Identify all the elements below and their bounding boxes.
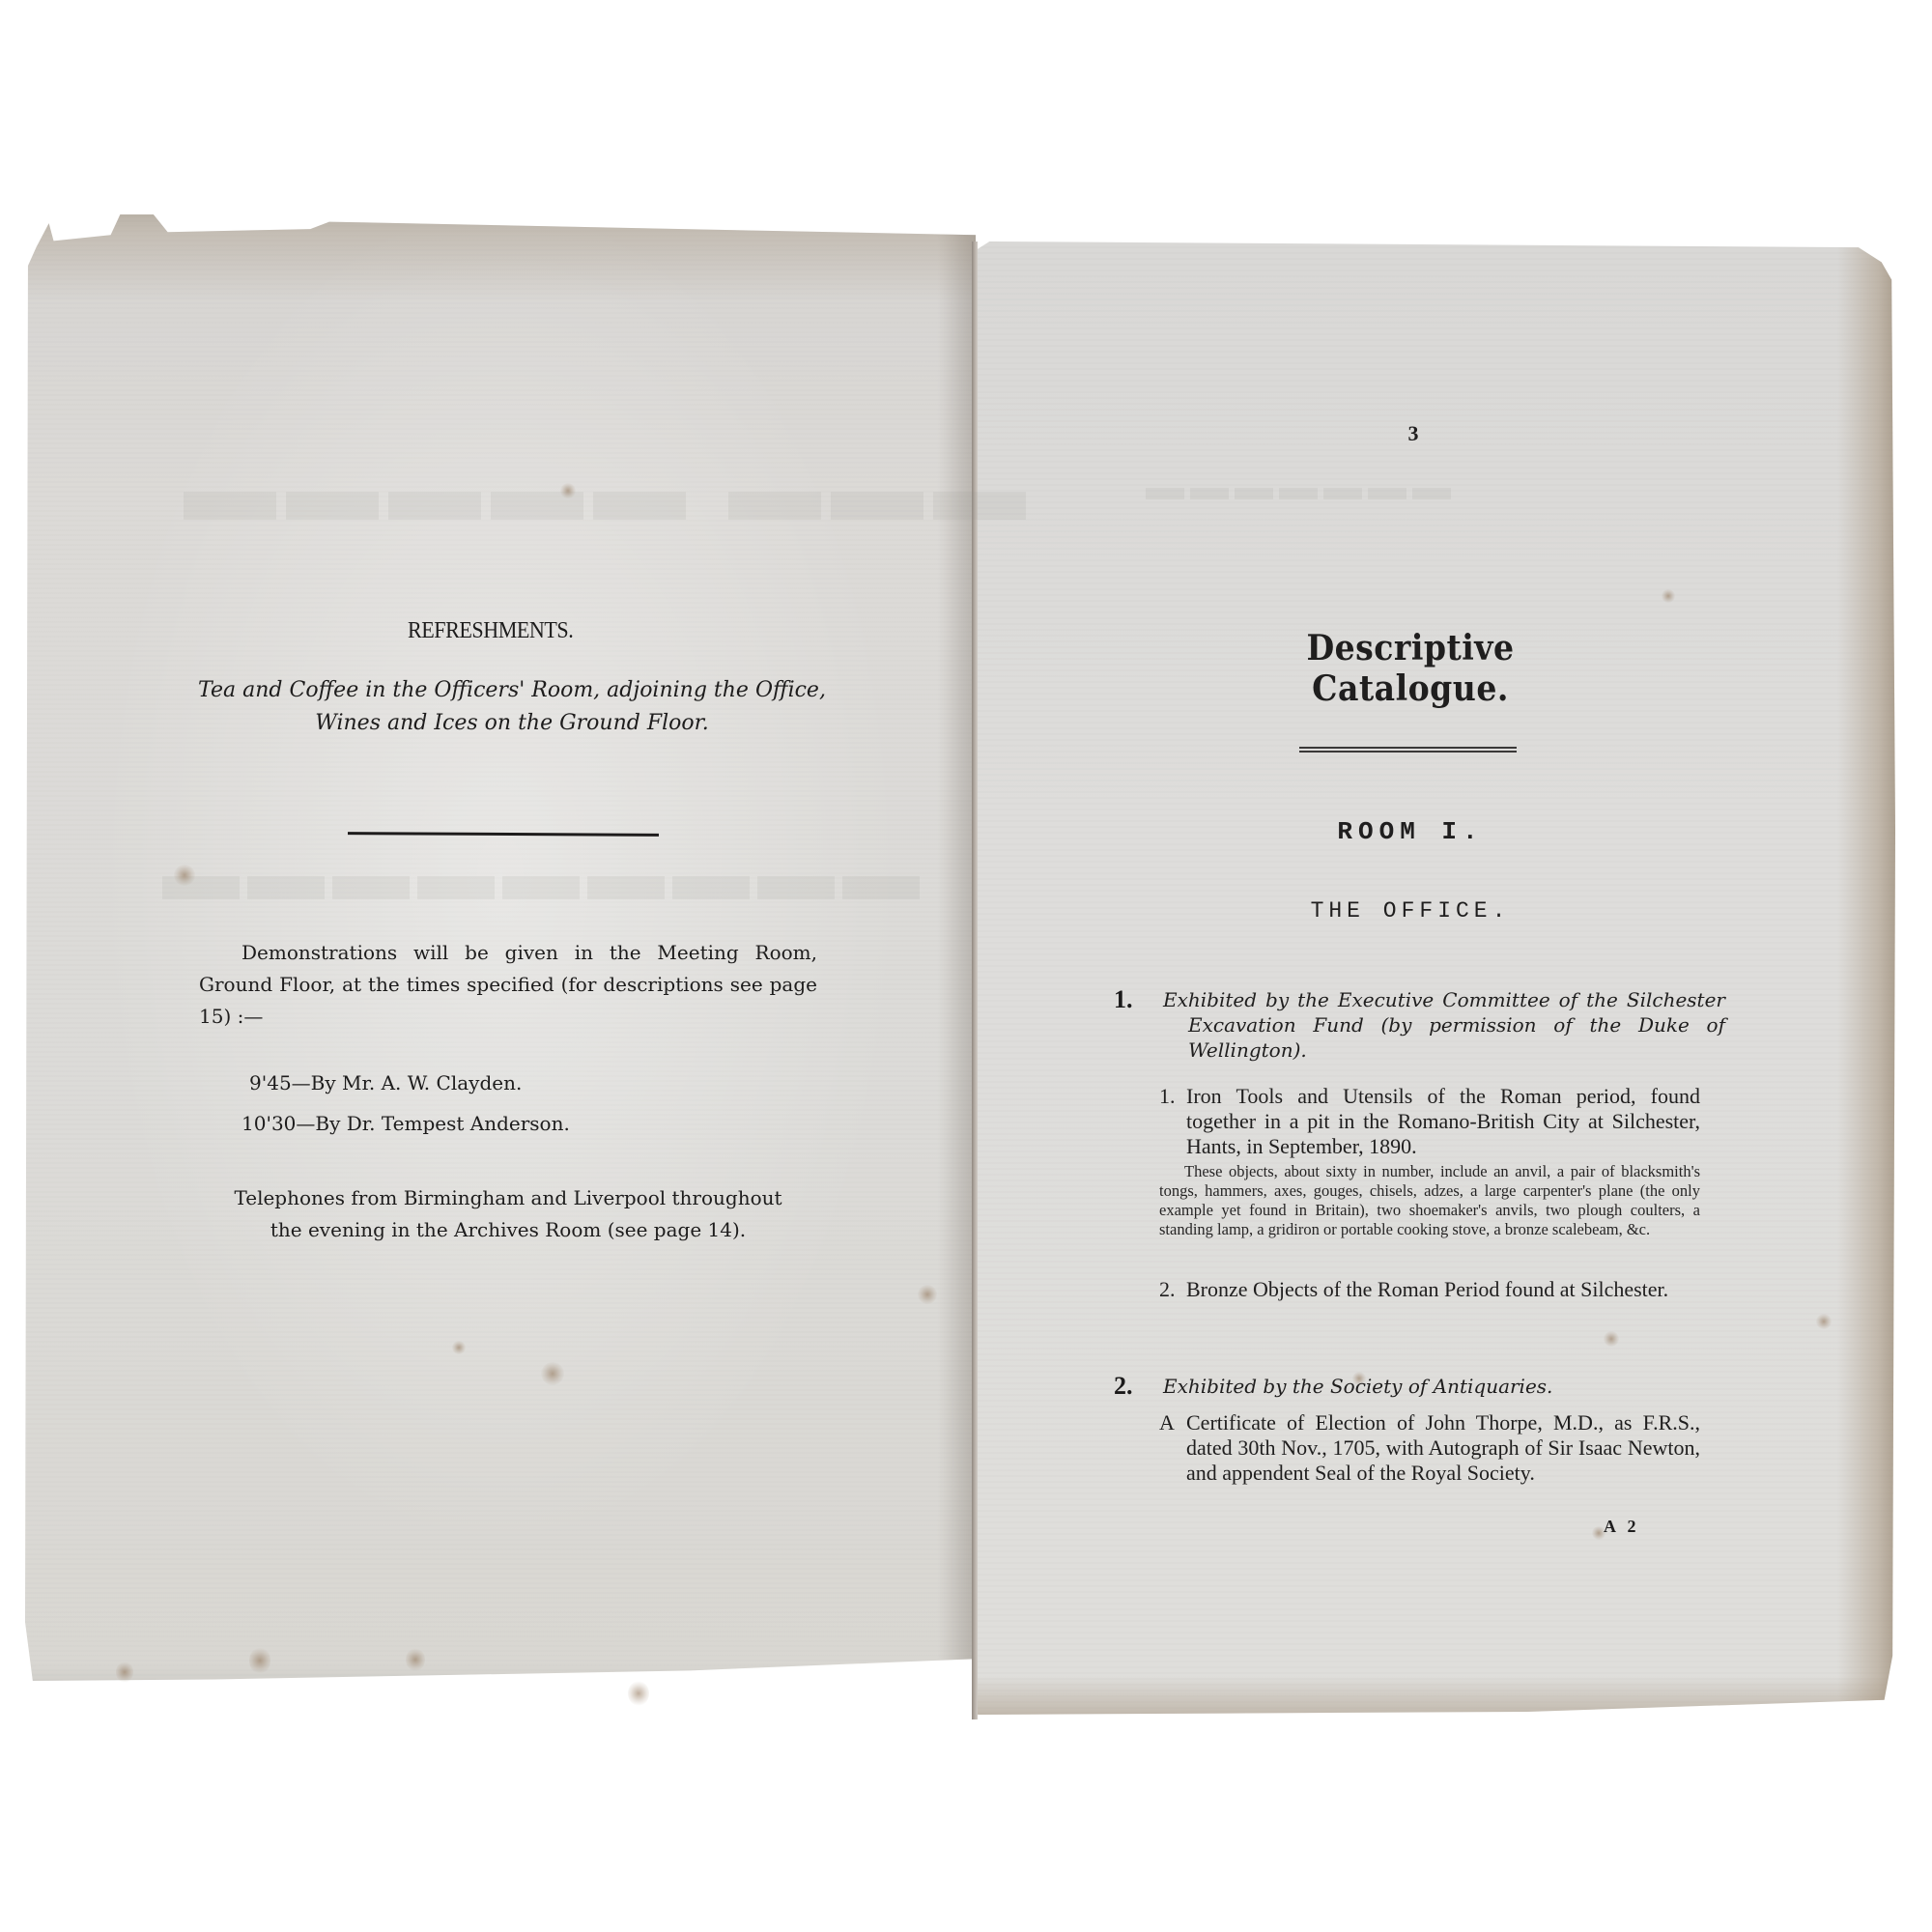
foxing-spot <box>249 1647 270 1674</box>
catalogue-title: Descriptive Catalogue. <box>1215 628 1606 709</box>
entry-number: 1. <box>1114 985 1133 1014</box>
telephones-line-1: Telephones from Birmingham and Liverpool… <box>199 1182 817 1214</box>
item-number: 1. <box>1159 1084 1186 1109</box>
foxing-spot <box>628 1681 649 1706</box>
refreshments-line-1: Tea and Coffee in the Officers' Room, ad… <box>184 674 840 707</box>
catalogue-item: 2.Bronze Objects of the Roman Period fou… <box>1186 1277 1700 1302</box>
item-description: Iron Tools and Utensils of the Roman per… <box>1186 1084 1700 1158</box>
foxing-spot <box>452 1341 466 1354</box>
foxing-spot <box>541 1362 564 1385</box>
item-number: A <box>1159 1410 1186 1435</box>
item-number: 2. <box>1159 1277 1186 1302</box>
telephones-line-2: the evening in the Archives Room (see pa… <box>199 1214 817 1246</box>
demonstration-presenter: —By Mr. A. W. Clayden. <box>292 1071 523 1094</box>
demonstrations-intro: Demonstrations will be given in the Meet… <box>199 937 817 1033</box>
item-note: These objects, about sixty in number, in… <box>1159 1162 1700 1239</box>
foxing-spot <box>1662 589 1675 603</box>
foxing-spot <box>918 1285 937 1304</box>
catalogue-item: ACertificate of Election of John Thorpe,… <box>1186 1410 1700 1486</box>
entry-number: 2. <box>1114 1372 1133 1401</box>
foxing-spot <box>116 1662 133 1683</box>
open-book-scene: ▬▬▬ ▬▬▬▬▬ ▬▬▬▬▬▬▬▬▬ ▬▬▬▬▬▬▬ REFRESHMENTS… <box>0 0 1932 1932</box>
signature-mark: A 2 <box>1604 1517 1640 1537</box>
room-subheading: THE OFFICE. <box>1275 898 1546 923</box>
foxing-spot <box>560 483 576 498</box>
foxing-spot <box>174 865 195 886</box>
foxing-spot <box>1604 1331 1619 1347</box>
item-description: Bronze Objects of the Roman Period found… <box>1186 1277 1668 1301</box>
foxing-spot <box>406 1648 425 1671</box>
catalogue-item: 1.Iron Tools and Utensils of the Roman p… <box>1186 1084 1700 1159</box>
foxing-spot <box>1816 1314 1832 1329</box>
room-heading: ROOM I. <box>1304 817 1517 846</box>
right-page <box>976 241 1895 1715</box>
demonstration-time: 10'30 <box>241 1112 296 1135</box>
entry-exhibitor: Exhibited by the Society of Antiquaries. <box>1163 1374 1700 1399</box>
demonstration-time: 9'45 <box>249 1071 292 1094</box>
refreshments-line-2: Wines and Ices on the Ground Floor. <box>184 707 840 740</box>
demonstration-schedule-item: 10'30—By Dr. Tempest Anderson. <box>241 1109 570 1138</box>
telephones-notice: Telephones from Birmingham and Liverpool… <box>199 1182 817 1246</box>
book-gutter <box>972 241 978 1719</box>
page-number: 3 <box>1399 421 1428 446</box>
refreshments-heading: REFRESHMENTS. <box>408 618 594 644</box>
demonstration-presenter: —By Dr. Tempest Anderson. <box>296 1112 569 1135</box>
item-description: Certificate of Election of John Thorpe, … <box>1186 1410 1700 1485</box>
refreshments-text: Tea and Coffee in the Officers' Room, ad… <box>184 674 840 740</box>
entry-exhibitor: Exhibited by the Executive Committee of … <box>1163 987 1725 1063</box>
double-rule-divider <box>1299 747 1517 753</box>
demonstration-schedule-item: 9'45—By Mr. A. W. Clayden. <box>249 1068 522 1097</box>
